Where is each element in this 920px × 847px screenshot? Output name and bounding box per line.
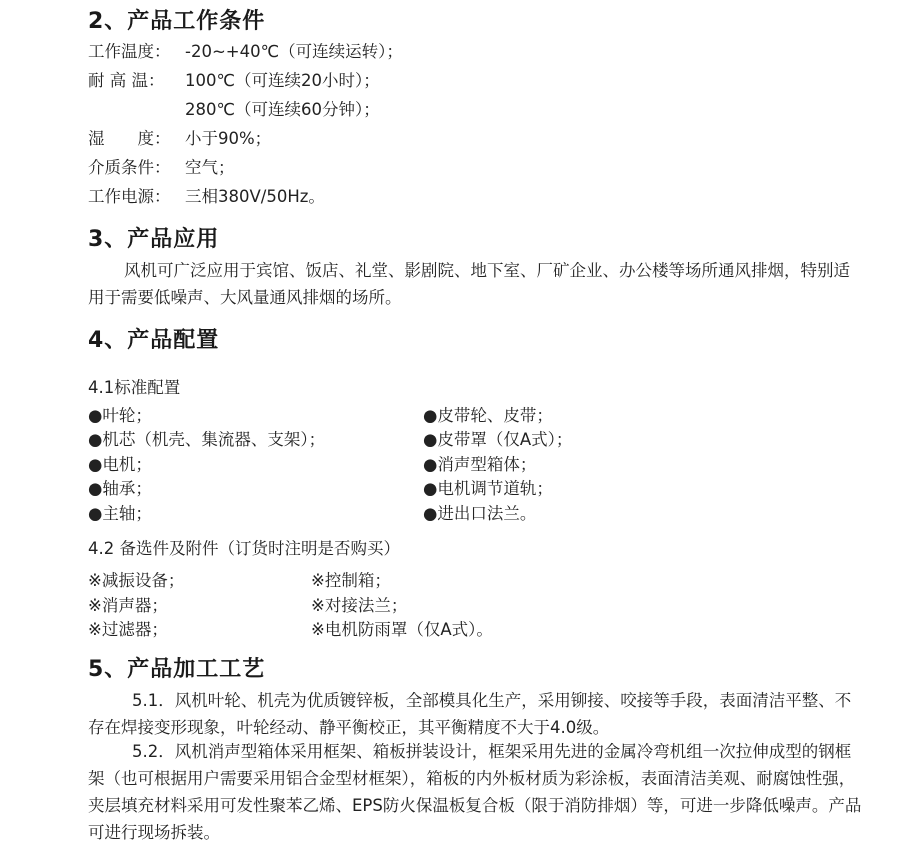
- section-5-heading: 5、产品加工工艺: [88, 652, 265, 683]
- condition-row-high-temp-2: 280℃（可连续60分钟）；: [88, 98, 380, 122]
- standard-item: ●叶轮；: [88, 404, 152, 428]
- process-paragraph-2: 5.2．风机消声型箱体采用框架、箱板拼装设计，框架采用先进的金属冷弯机组一次拉伸…: [88, 738, 863, 846]
- section-2-heading: 2、产品工作条件: [88, 4, 265, 35]
- standard-item: ●电机调节道轨；: [423, 477, 553, 501]
- standard-item: ●消声型箱体；: [423, 453, 536, 477]
- section-3-heading: 3、产品应用: [88, 222, 219, 253]
- optional-item: ※消声器；: [88, 594, 168, 618]
- condition-value: 100℃（可连续20小时）；: [185, 71, 380, 90]
- condition-row-power: 工作电源：三相380V/50Hz。: [88, 185, 325, 209]
- condition-value: 280℃（可连续60分钟）；: [185, 100, 380, 119]
- application-paragraph: 风机可广泛应用于宾馆、饭店、礼堂、影剧院、地下室、厂矿企业、办公楼等场所通风排烟…: [88, 257, 863, 311]
- condition-row-high-temp: 耐 高 温：100℃（可连续20小时）；: [88, 69, 380, 93]
- condition-row-medium: 介质条件：空气；: [88, 156, 235, 180]
- standard-config-title: 4.1标准配置: [88, 376, 180, 400]
- standard-item: ●机芯（机壳、集流器、支架）；: [88, 428, 325, 452]
- optional-item: ※电机防雨罩（仅A式）。: [311, 618, 493, 642]
- standard-item: ●进出口法兰。: [423, 502, 536, 526]
- optional-item: ※减振设备；: [88, 569, 184, 593]
- optional-item: ※过滤器；: [88, 618, 168, 642]
- standard-item: ●皮带罩（仅A式）；: [423, 428, 572, 452]
- optional-item: ※对接法兰；: [311, 594, 407, 618]
- condition-value: 小于90%；: [185, 129, 271, 148]
- standard-item: ●轴承；: [88, 477, 152, 501]
- condition-row-temperature: 工作温度：-20~+40℃（可连续运转）；: [88, 40, 403, 64]
- optional-config-title: 4.2 备选件及附件（订货时注明是否购买）: [88, 537, 400, 561]
- condition-label: 湿 度：: [88, 127, 185, 151]
- standard-item: ●主轴；: [88, 502, 152, 526]
- condition-value: 三相380V/50Hz。: [185, 187, 325, 206]
- condition-value: 空气；: [185, 158, 235, 177]
- condition-label: 工作电源：: [88, 185, 185, 209]
- condition-label: 耐 高 温：: [88, 69, 185, 93]
- condition-label: 介质条件：: [88, 156, 185, 180]
- optional-item: ※控制箱；: [311, 569, 391, 593]
- condition-row-humidity: 湿 度：小于90%；: [88, 127, 271, 151]
- condition-value: -20~+40℃（可连续运转）；: [185, 42, 403, 61]
- process-paragraph-1: 5.1．风机叶轮、机壳为优质镀锌板，全部模具化生产，采用铆接、咬接等手段，表面清…: [88, 687, 863, 741]
- standard-item: ●电机；: [88, 453, 152, 477]
- section-4-heading: 4、产品配置: [88, 323, 219, 354]
- condition-label: 工作温度：: [88, 40, 185, 64]
- standard-item: ●皮带轮、皮带；: [423, 404, 553, 428]
